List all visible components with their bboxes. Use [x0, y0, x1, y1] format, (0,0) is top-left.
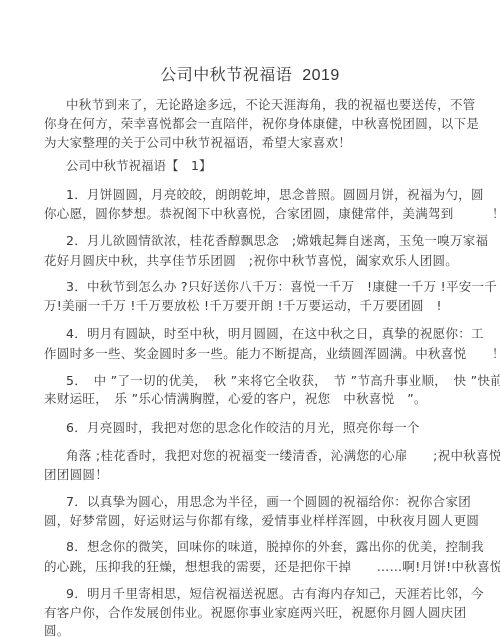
document-page: 公司中秋节祝福语2019 中秋节到来了，无论路途多远，不论天涯海角，我的祝福也要… [0, 0, 500, 637]
item-4-line: 作圆时多一些、奖金圆时多一些。能力不断提高，业绩圆浑圆满。中秋喜悦 ！ [44, 344, 464, 363]
item-8-line: 8．想念你的微笑，回味你的味道，脱掉你的外套，露出你的优美，控制我 [66, 537, 486, 556]
item-6-line: 6．月亮圆时，我把对您的思念化作皎洁的月光，照亮你每一个 [66, 418, 486, 437]
item-9-line: 9．明月千里寄相思，短信祝福送祝愿。古有海内存知己，天涯若比邻，今 [66, 584, 486, 603]
item-5-line: 5． 中 ”了一切的优美， 秋 ”来将它全收获， 节 ”节高升事业顺， 快 ”快… [66, 371, 486, 390]
item-7-line: 7．以真挚为圆心，用思念为半径，画一个圆圆的祝福给你：祝你合家团 [66, 492, 486, 511]
title-text: 公司中秋节祝福语 [160, 65, 292, 84]
item-7-line: 圆，好梦常圆，好运财运与你都有缘，爱情事业样样浑圆，中秋夜月圆人更圆 ！ [44, 511, 464, 530]
item-6-cont-line: 团团圆圆！ [44, 465, 464, 484]
intro-line: 为大家整理的关于公司中秋节祝福语，希望大家喜欢！ [44, 133, 464, 152]
item-8-line: 的心跳，压抑我的狂燥，想想我的需要，还是把你干掉 ……啊!月饼!中秋喜悦！ [44, 557, 464, 576]
title-year: 2019 [302, 67, 340, 84]
item-5-line: 来财运旺， 乐 ”乐心情满胸膛，心爱的客户，祝您 中秋喜悦 ”。 [44, 389, 464, 408]
item-9-line: 有客户你，合作发展创伟业。祝愿你事业家庭两兴旺，祝愿你月圆人圆庆团 [44, 603, 464, 622]
intro-line: 中秋节到来了，无论路途多远，不论天涯海角，我的祝福也要送传，不管 [66, 95, 486, 114]
item-9-line: 圆。 [44, 621, 464, 637]
item-3-line: 万!美丽一千万 !千万要放松 !千万要开朗 !千万要运动，千万要团圆 ! [44, 296, 464, 315]
item-6-cont-line: 角落 ;桂花香时，我把对您的祝福变一缕清香，沁满您的心扉 ;祝中秋喜悦， [66, 446, 486, 465]
section-heading: 公司中秋节祝福语【 1】 [66, 156, 211, 174]
document-title: 公司中秋节祝福语2019 [0, 62, 500, 85]
item-2-line: 2．月儿欲圆情欲浓，桂花香醇飘思念 ;嫦娥起舞自迷离，玉兔一嗅万家福 ; [66, 231, 486, 250]
item-3-line: 3．中秋节到怎么办 ?只好送你八千万：喜悦一千万 !康健一千万 !平安一千 [66, 277, 486, 296]
intro-line: 你身在何方，荣幸喜悦都会一直陪伴，祝你身体康健，中秋喜悦团圆，以下是 [44, 114, 464, 133]
item-1-line: 你心愿，圆你梦想。恭祝阁下中秋喜悦，合家团圆，康健常伴，美满驾到 ！ [44, 204, 464, 223]
item-1-line: 1．月饼圆圆，月亮皎皎，朗朗乾坤，思念普照。圆圆月饼，祝福为勺，圆 [66, 185, 486, 204]
item-2-line: 花好月圆庆中秋，共享佳节乐团圆 ;祝你中秋节喜悦，阖家欢乐人团圆。 [44, 251, 464, 270]
item-4-line: 4．明月有圆缺，时至中秋，明月圆圆，在这中秋之日，真挚的祝愿你：工 [66, 324, 486, 343]
